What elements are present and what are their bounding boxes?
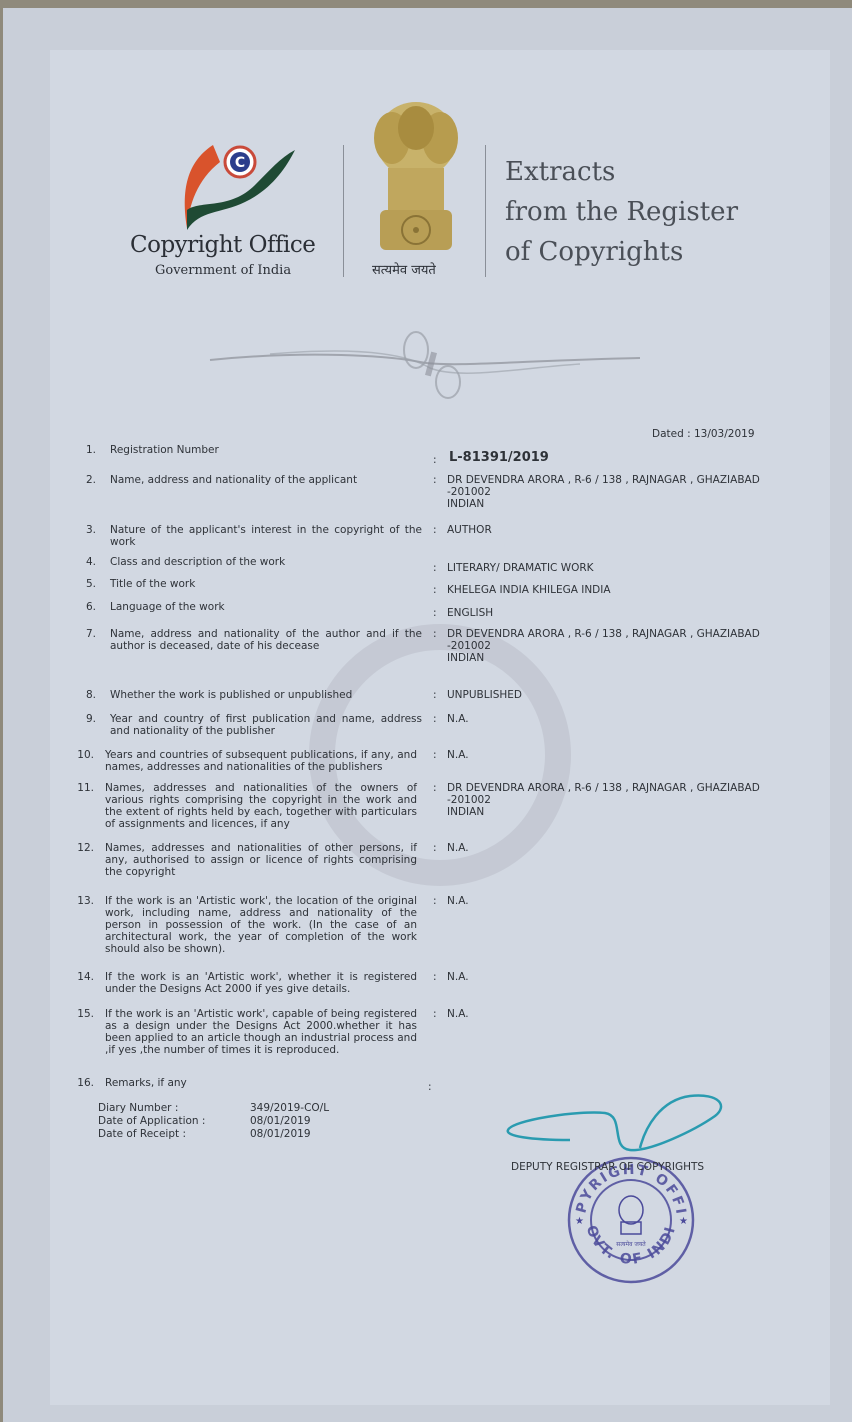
document-title: Extracts from the Register of Copyrights — [505, 152, 738, 272]
signatory-title: DEPUTY REGISTRAR OF COPYRIGHTS — [511, 1161, 704, 1173]
entry-label: Name, address and nationality of the aut… — [110, 628, 422, 652]
entry-label: Names, addresses and nationalities of th… — [105, 782, 417, 830]
entry-number: 12. — [70, 842, 94, 854]
entry-number: 9. — [72, 713, 96, 725]
entry-number: 13. — [70, 895, 94, 907]
national-emblem-icon — [362, 98, 470, 258]
entry-separator: : — [433, 782, 437, 794]
registration-number: L-81391/2019 — [449, 452, 549, 464]
issue-date: Dated : 13/03/2019 — [652, 428, 755, 440]
entry-value: N.A. — [447, 895, 469, 907]
entry-label: Remarks, if any — [105, 1077, 417, 1089]
entry-label: Names, addresses and nationalities of ot… — [105, 842, 417, 878]
entry-separator: : — [433, 454, 437, 466]
entry-separator: : — [433, 971, 437, 983]
entry-separator: : — [433, 749, 437, 761]
entry-label: Name, address and nationality of the app… — [110, 474, 410, 486]
entry-separator: : — [433, 895, 437, 907]
office-subtitle: Government of India — [155, 263, 291, 278]
entry-separator: : — [433, 584, 437, 596]
entry-value: DR DEVENDRA ARORA , R-6 / 138 , RAJNAGAR… — [447, 782, 760, 818]
entry-separator: : — [433, 607, 437, 619]
entry-number: 15. — [70, 1008, 94, 1020]
entry-label: If the work is an 'Artistic work', capab… — [105, 1008, 417, 1056]
entry-number: 11. — [70, 782, 94, 794]
entry-label: Registration Number — [110, 444, 410, 456]
entry-value: N.A. — [447, 1008, 469, 1020]
entry-label: Whether the work is published or unpubli… — [110, 689, 410, 701]
remarks-key: Date of Application : — [98, 1115, 238, 1128]
decorative-flourish — [190, 320, 660, 400]
entry-number: 14. — [70, 971, 94, 983]
office-title: Copyright Office — [130, 232, 315, 258]
remarks-value: 349/2019-CO/L — [250, 1102, 329, 1115]
entry-separator: : — [433, 842, 437, 854]
entry-separator: : — [433, 524, 437, 536]
entry-separator: : — [433, 713, 437, 725]
remarks-value: 08/01/2019 — [250, 1128, 311, 1141]
entry-number: 6. — [72, 601, 96, 613]
entry-separator: : — [433, 562, 437, 574]
remarks-value: 08/01/2019 — [250, 1115, 311, 1128]
entry-number: 7. — [72, 628, 96, 640]
entry-value: LITERARY/ DRAMATIC WORK — [447, 562, 594, 574]
entry-label: Year and country of first publication an… — [110, 713, 422, 737]
copyright-office-logo: C — [175, 140, 300, 235]
svg-text:★: ★ — [575, 1216, 584, 1227]
svg-text:सत्यमेव जयते: सत्यमेव जयते — [616, 1240, 646, 1248]
svg-text:★: ★ — [679, 1216, 688, 1227]
entry-value: N.A. — [447, 749, 469, 761]
entry-separator: : — [428, 1081, 432, 1093]
entry-value: N.A. — [447, 842, 469, 854]
entry-separator: : — [433, 628, 437, 640]
entry-label: Language of the work — [110, 601, 410, 613]
entry-separator: : — [433, 474, 437, 486]
entry-number: 1. — [72, 444, 96, 456]
entry-value: N.A. — [447, 971, 469, 983]
entry-value: ENGLISH — [447, 607, 493, 619]
remarks-key: Diary Number : — [98, 1102, 238, 1115]
header-divider — [343, 145, 344, 277]
entry-separator: : — [433, 689, 437, 701]
entry-label: If the work is an 'Artistic work', wheth… — [105, 971, 417, 995]
entry-number: 8. — [72, 689, 96, 701]
entry-number: 4. — [72, 556, 96, 568]
entry-number: 10. — [70, 749, 94, 761]
entry-label: Years and countries of subsequent public… — [105, 749, 417, 773]
emblem-motto: सत्यमेव जयते — [372, 260, 436, 278]
entry-value: KHELEGA INDIA KHILEGA INDIA — [447, 584, 611, 596]
entry-value: DR DEVENDRA ARORA , R-6 / 138 , RAJNAGAR… — [447, 474, 760, 510]
entry-value: UNPUBLISHED — [447, 689, 522, 701]
entry-number: 5. — [72, 578, 96, 590]
entry-value: AUTHOR — [447, 524, 492, 536]
header-divider — [485, 145, 486, 277]
entry-number: 16. — [70, 1077, 94, 1089]
entry-label: If the work is an 'Artistic work', the l… — [105, 895, 417, 955]
entry-label: Nature of the applicant's interest in th… — [110, 524, 422, 548]
entry-label: Title of the work — [110, 578, 410, 590]
entry-value: N.A. — [447, 713, 469, 725]
entry-separator: : — [433, 1008, 437, 1020]
svg-text:C: C — [235, 155, 245, 171]
entry-value: DR DEVENDRA ARORA , R-6 / 138 , RAJNAGAR… — [447, 628, 760, 664]
entry-label: Class and description of the work — [110, 556, 410, 568]
entry-number: 3. — [72, 524, 96, 536]
entry-number: 2. — [72, 474, 96, 486]
remarks-key: Date of Receipt : — [98, 1128, 238, 1141]
